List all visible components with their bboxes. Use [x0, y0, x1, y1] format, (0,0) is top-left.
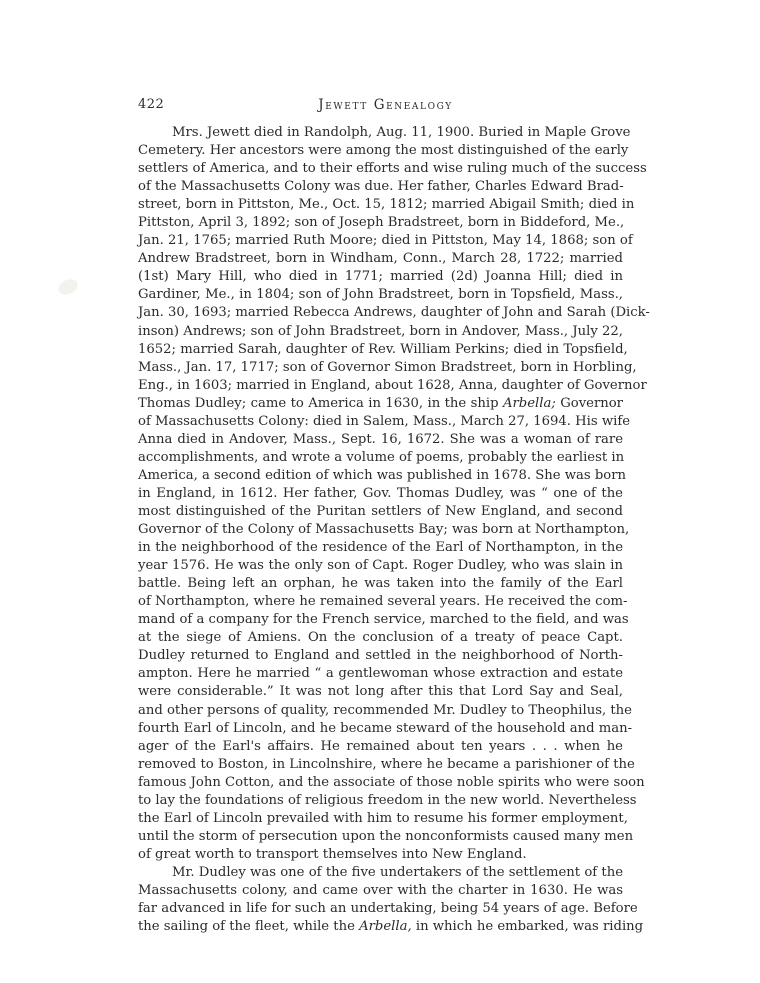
text-line: battle. Being left an orphan, he was tak…: [138, 575, 623, 593]
text-line: of Massachusetts Colony: died in Salem, …: [138, 413, 623, 431]
text-line: (1st) Mary Hill, who died in 1771; marri…: [138, 268, 623, 286]
text-line: Dudley returned to England and settled i…: [138, 647, 623, 665]
text-line: most distinguished of the Puritan settle…: [138, 503, 623, 521]
text-line: Anna died in Andover, Mass., Sept. 16, 1…: [138, 431, 623, 449]
text-line: until the storm of persecution upon the …: [138, 828, 623, 846]
text-line: America, a second edition of which was p…: [138, 467, 623, 485]
margin-smudge: [56, 276, 80, 297]
text-line: ager of the Earl's affairs. He remained …: [138, 738, 623, 756]
text-line: year 1576. He was the only son of Capt. …: [138, 557, 623, 575]
text-line: fourth Earl of Lincoln, and he became st…: [138, 720, 623, 738]
running-head-title: Jewett Genealogy: [138, 97, 623, 113]
text-line: far advanced in life for such an underta…: [138, 900, 623, 918]
text-line: Cemetery. Her ancestors were among the m…: [138, 142, 623, 160]
text-line: accomplishments, and wrote a volume of p…: [138, 449, 623, 467]
text-line: settlers of America, and to their effort…: [138, 160, 623, 178]
text-line: Jan. 30, 1693; married Rebecca Andrews, …: [138, 304, 623, 322]
text-line: to lay the foundations of religious free…: [138, 792, 623, 810]
text-line: inson) Andrews; son of John Bradstreet, …: [138, 323, 623, 341]
text-line: were considerable.” It was not long afte…: [138, 683, 623, 701]
text-line: Andrew Bradstreet, born in Windham, Conn…: [138, 250, 623, 268]
text-line: of great worth to transport themselves i…: [138, 846, 623, 864]
text-line: the Earl of Lincoln prevailed with him t…: [138, 810, 623, 828]
text-line: Pittston, April 3, 1892; son of Joseph B…: [138, 214, 623, 232]
text-line: Mrs. Jewett died in Randolph, Aug. 11, 1…: [138, 124, 623, 142]
text-line: Mr. Dudley was one of the five undertake…: [138, 864, 623, 882]
text-line: Gardiner, Me., in 1804; son of John Brad…: [138, 286, 623, 304]
text-line: Thomas Dudley; came to America in 1630, …: [138, 395, 623, 413]
text-line: and other persons of quality, recommende…: [138, 702, 623, 720]
text-line: mand of a company for the French service…: [138, 611, 623, 629]
text-line: 1652; married Sarah, daughter of Rev. Wi…: [138, 341, 623, 359]
text-line: Governor of the Colony of Massachusetts …: [138, 521, 623, 539]
book-page: 422 Jewett Genealogy Mrs. Jewett died in…: [0, 0, 760, 983]
text-line: Massachusetts colony, and came over with…: [138, 882, 623, 900]
text-line: ampton. Here he married “ a gentlewoman …: [138, 665, 623, 683]
text-line: at the siege of Amiens. On the conclusio…: [138, 629, 623, 647]
text-line: Eng., in 1603; married in England, about…: [138, 377, 623, 395]
text-line: removed to Boston, in Lincolnshire, wher…: [138, 756, 623, 774]
text-line: Jan. 21, 1765; married Ruth Moore; died …: [138, 232, 623, 250]
text-line: street, born in Pittston, Me., Oct. 15, …: [138, 196, 623, 214]
text-line: Mass., Jan. 17, 1717; son of Governor Si…: [138, 359, 623, 377]
body-text: Mrs. Jewett died in Randolph, Aug. 11, 1…: [138, 124, 623, 936]
text-line: the sailing of the fleet, while the Arbe…: [138, 918, 623, 936]
text-line: of Northampton, where he remained severa…: [138, 593, 623, 611]
running-head: 422 Jewett Genealogy: [138, 97, 623, 117]
text-line: famous John Cotton, and the associate of…: [138, 774, 623, 792]
text-line: of the Massachusetts Colony was due. Her…: [138, 178, 623, 196]
paragraph: Mr. Dudley was one of the five undertake…: [138, 864, 623, 936]
text-line: in the neighborhood of the residence of …: [138, 539, 623, 557]
text-line: in England, in 1612. Her father, Gov. Th…: [138, 485, 623, 503]
paragraph: Mrs. Jewett died in Randolph, Aug. 11, 1…: [138, 124, 623, 864]
